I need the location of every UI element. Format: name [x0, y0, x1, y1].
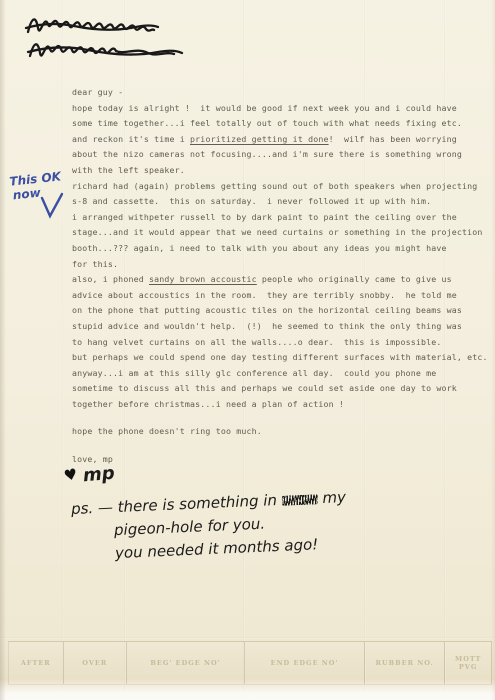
letter-line: together before christmas...i need a pla…: [72, 397, 482, 413]
letter-line: some time together...i feel totally out …: [72, 116, 482, 132]
letter-line: s-8 and cassette. this on saturday. i ne…: [72, 194, 482, 210]
show-through-column-label: AFTER: [8, 642, 64, 684]
crossed-out-scribble: [20, 8, 190, 68]
typed-text: i arranged withpeter russell to by dark …: [72, 212, 457, 222]
typed-text: and reckon it's time i: [72, 134, 190, 144]
show-through-column-label: END EDGE NO': [245, 642, 365, 684]
checkmark-icon: [38, 192, 68, 222]
typed-text: for this.: [72, 259, 118, 269]
letter-line: booth...??? again, i need to talk with y…: [72, 241, 482, 257]
typed-text: also, i phoned: [72, 274, 149, 284]
letter-line: richard had (again) problems getting sou…: [72, 179, 482, 195]
show-through-column-label: BEG' EDGE NO': [127, 642, 245, 684]
letter-line: love, mp: [72, 452, 482, 468]
underlined-typed-text: prioritized getting it done: [190, 134, 329, 144]
letter-line: but perhaps we could spend one day testi…: [72, 350, 482, 366]
heart-icon: ♥: [62, 465, 79, 485]
typed-text: people who originally came to give us: [257, 274, 452, 284]
scribbled-out-word: [282, 494, 318, 506]
typed-text: dear guy -: [72, 87, 123, 97]
letter-body: dear guy -hope today is alright ! it wou…: [72, 85, 482, 468]
scan-edge-shadow: [0, 0, 6, 700]
typed-text: with the left speaker.: [72, 165, 185, 175]
typed-text: sometime to discuss all this and perhaps…: [72, 383, 457, 393]
letter-line: anyway...i am at this silly glc conferen…: [72, 366, 482, 382]
typed-text: anyway...i am at this silly glc conferen…: [72, 368, 436, 378]
typed-text: richard had (again) problems getting sou…: [72, 181, 477, 191]
letter-line: stupid advice and wouldn't help. (!) he …: [72, 319, 482, 335]
typed-text: stupid advice and wouldn't help. (!) he …: [72, 321, 462, 331]
scan-edge-shadow: [491, 0, 495, 700]
underlined-typed-text: sandy brown accoustic: [149, 274, 257, 284]
letter-line: hope the phone doesn't ring too much.: [72, 424, 482, 440]
typed-text: together before christmas...i need a pla…: [72, 399, 344, 409]
typed-text: on the phone that putting acoustic tiles…: [72, 305, 462, 315]
letter-line: hope today is alright ! it would be good…: [72, 101, 482, 117]
typed-text: ! wilf has been worrying: [329, 134, 457, 144]
show-through-column-label: MOTT PVG: [445, 642, 492, 684]
typed-text: but perhaps we could spend one day testi…: [72, 352, 488, 362]
letter-line: advice about accoustics in the room. the…: [72, 288, 482, 304]
letter-line: i arranged withpeter russell to by dark …: [72, 210, 482, 226]
typed-text: advice about accoustics in the room. the…: [72, 290, 457, 300]
show-through-column-label: OVER: [64, 642, 127, 684]
letter-line: to hang velvet curtains on all the walls…: [72, 335, 482, 351]
ps-text: my: [317, 488, 346, 507]
letter-line: for this.: [72, 257, 482, 273]
typed-text: some time together...i feel totally out …: [72, 118, 462, 128]
letter-line: about the nizo cameras not focusing....a…: [72, 147, 482, 163]
typed-text: hope today is alright ! it would be good…: [72, 103, 457, 113]
ps-note-handwritten: ps. — there is something in my pigeon-ho…: [71, 486, 349, 567]
typed-text: stage...and it would appear that we need…: [72, 227, 483, 237]
fold-line: [62, 0, 64, 690]
show-through-column-label: RUBBER NO.: [365, 642, 445, 684]
letter-line: stage...and it would appear that we need…: [72, 225, 482, 241]
letter-line: with the left speaker.: [72, 163, 482, 179]
typed-text: booth...??? again, i need to talk with y…: [72, 243, 447, 253]
typed-text: to hang velvet curtains on all the walls…: [72, 337, 442, 347]
typed-text: hope the phone doesn't ring too much.: [72, 426, 262, 436]
letter-line: sometime to discuss all this and perhaps…: [72, 381, 482, 397]
typed-text: s-8 and cassette. this on saturday. i ne…: [72, 196, 431, 206]
scanned-letter-page: { "letter": { "ink_color": "#5f5c51", "l…: [0, 0, 495, 700]
signature-initials: mp: [83, 463, 116, 487]
show-through-form-strip: AFTEROVERBEG' EDGE NO'END EDGE NO'RUBBER…: [8, 641, 492, 685]
signature: ♥mp: [64, 464, 115, 485]
letter-line: also, i phoned sandy brown accoustic peo…: [72, 272, 482, 288]
letter-line: on the phone that putting acoustic tiles…: [72, 303, 482, 319]
fold-line: [0, 637, 495, 639]
typed-text: about the nizo cameras not focusing....a…: [72, 149, 462, 159]
letter-line: and reckon it's time i prioritized getti…: [72, 132, 482, 148]
letter-line: dear guy -: [72, 85, 482, 101]
